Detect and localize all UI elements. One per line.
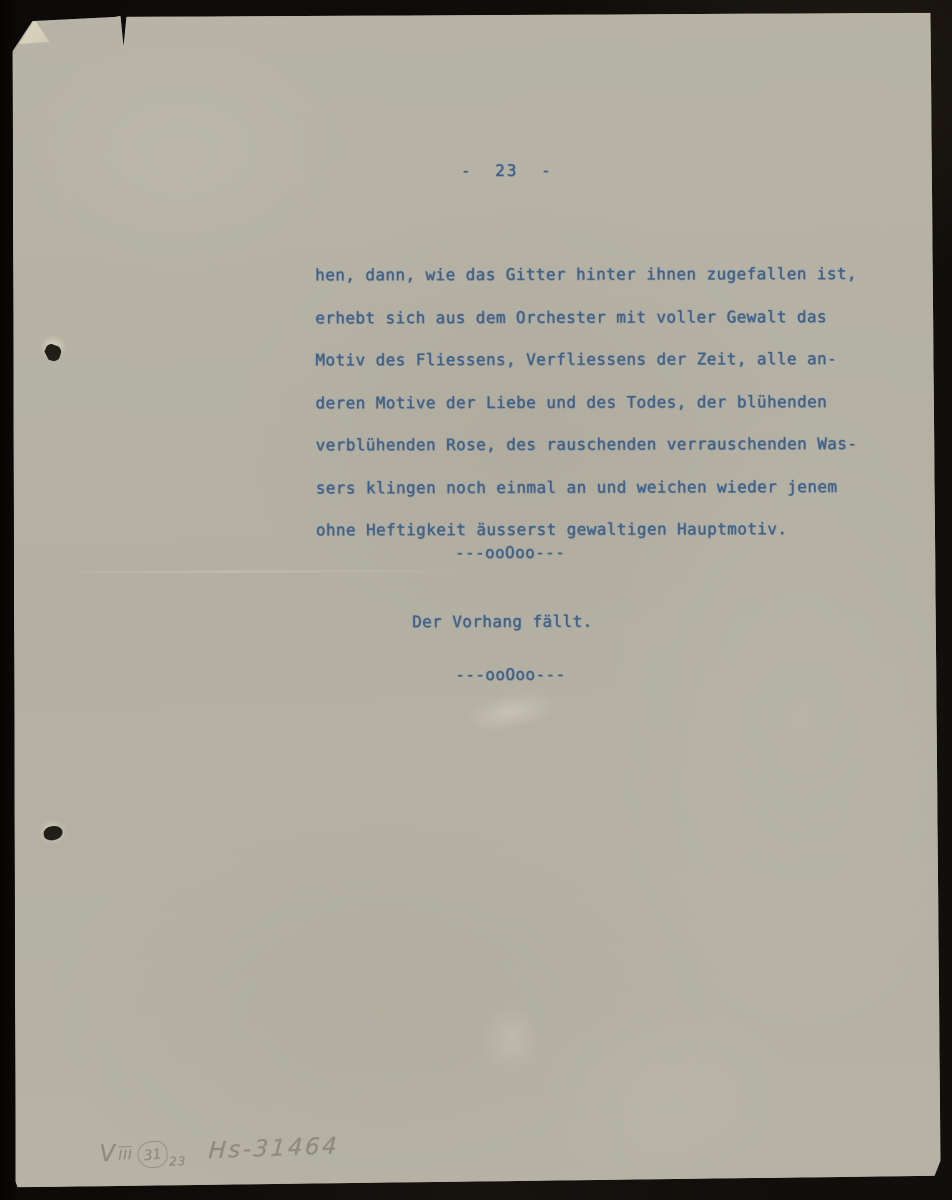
text-line: hen, dann, wie das Gitter hinter ihnen z… <box>315 253 895 297</box>
text-line: deren Motive der Liebe und des Todes, de… <box>315 380 895 424</box>
text-line: Motiv des Fliessens, Verfliessens der Ze… <box>315 338 895 382</box>
text-line: sers klingen noch einmal an und weichen … <box>316 465 896 509</box>
scan-background: - 23 - hen, dann, wie das Gitter hinter … <box>0 0 952 1200</box>
text-line: ohne Heftigkeit äusserst gewaltigen Haup… <box>316 508 896 552</box>
paper-crease <box>54 570 484 573</box>
annotation-circled-number: 31 <box>136 1139 169 1170</box>
ornamental-divider-top: ---ooOoo--- <box>455 543 565 563</box>
text-line: erhebt sich aus dem Orchester mit voller… <box>315 295 895 339</box>
folded-corner-flap <box>18 18 50 46</box>
closing-line: Der Vorhang fällt. <box>412 612 593 632</box>
ornamental-divider-bottom: ---ooOoo--- <box>455 665 565 685</box>
manuscript-page: - 23 - hen, dann, wie das Gitter hinter … <box>12 13 941 1189</box>
pencil-archive-annotation: V III 31 23 Hs-31464 <box>99 1134 339 1170</box>
paper-scuff-mark <box>460 686 561 738</box>
text-line: verblühenden Rose, des rauschenden verra… <box>316 423 896 467</box>
annotation-roman-numeral: III <box>118 1146 133 1163</box>
typewritten-paragraph: hen, dann, wie das Gitter hinter ihnen z… <box>315 253 896 552</box>
page-number: - 23 - <box>461 161 553 180</box>
annotation-volume: V <box>99 1143 116 1167</box>
annotation-shelfmark: Hs-31464 <box>207 1135 339 1163</box>
annotation-subscript-number: 23 <box>169 1155 187 1168</box>
paper-scuff-mark-lower <box>481 1004 541 1074</box>
